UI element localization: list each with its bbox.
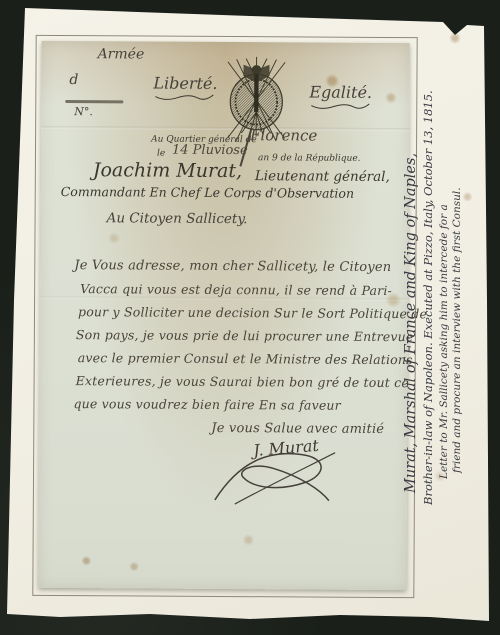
recipient-line: Au Citoyen Sallicety. [107, 210, 248, 227]
photo-background: Armée d N°. Liberté. Egalité. [0, 0, 500, 635]
body-line: avec le premier Consul et le Ministre de… [78, 350, 413, 367]
body-line: que vous voudrez bien faire En sa faveur [73, 396, 341, 413]
sender-subtitle: Commandant En Chef Le Corps d'Observatio… [61, 184, 354, 201]
army-line2: d [69, 72, 78, 88]
body-line: Exterieures, je vous Saurai bien bon gré… [76, 373, 409, 390]
annotation-line: Brother-in-law of Napoleon. Executed at … [421, 85, 435, 505]
equality-label: Egalité. [309, 83, 372, 102]
letter-sheet: Armée d N°. Liberté. Egalité. [38, 41, 409, 590]
dateline-date: 14 Pluviose [172, 143, 248, 158]
body-line: pour y Solliciter une decision Sur le So… [78, 304, 427, 321]
annotation-line: Murat, Marshal of France and King of Nap… [402, 85, 420, 493]
dateline-place: Florence [250, 126, 317, 144]
army-label: Armée [98, 46, 145, 62]
annotation-line: Letter to Mr. Sallicety asking him to in… [438, 85, 451, 479]
margin-annotation: Murat, Marshal of France and King of Nap… [402, 85, 484, 495]
body-line: Je Vous adresse, mon cher Sallicety, le … [74, 258, 391, 275]
body-line: Son pays, je vous prie de lui procurer u… [76, 327, 414, 344]
body-line: Vacca qui vous est deja connu, il se ren… [80, 281, 392, 298]
closing-line: Je vous Salue avec amitié [211, 421, 384, 437]
dateline-printed-suffix: an 9 de la République. [258, 153, 361, 164]
flourish-underline-icon [153, 93, 215, 102]
letter-ruled-frame: Armée d N°. Liberté. Egalité. [32, 35, 417, 598]
liberty-label: Liberté. [153, 74, 217, 93]
flourish-underline-icon [309, 102, 371, 111]
sender-title: Lieutenant général, [255, 168, 390, 185]
blank-rule-line [65, 100, 123, 103]
number-label: N°. [74, 105, 93, 118]
sender-name: Joachim Murat, [93, 159, 242, 182]
annotation-line: friend and procure an interview with the… [451, 85, 464, 473]
dateline-le: le [157, 149, 165, 159]
signature-flourish-icon [205, 442, 357, 507]
